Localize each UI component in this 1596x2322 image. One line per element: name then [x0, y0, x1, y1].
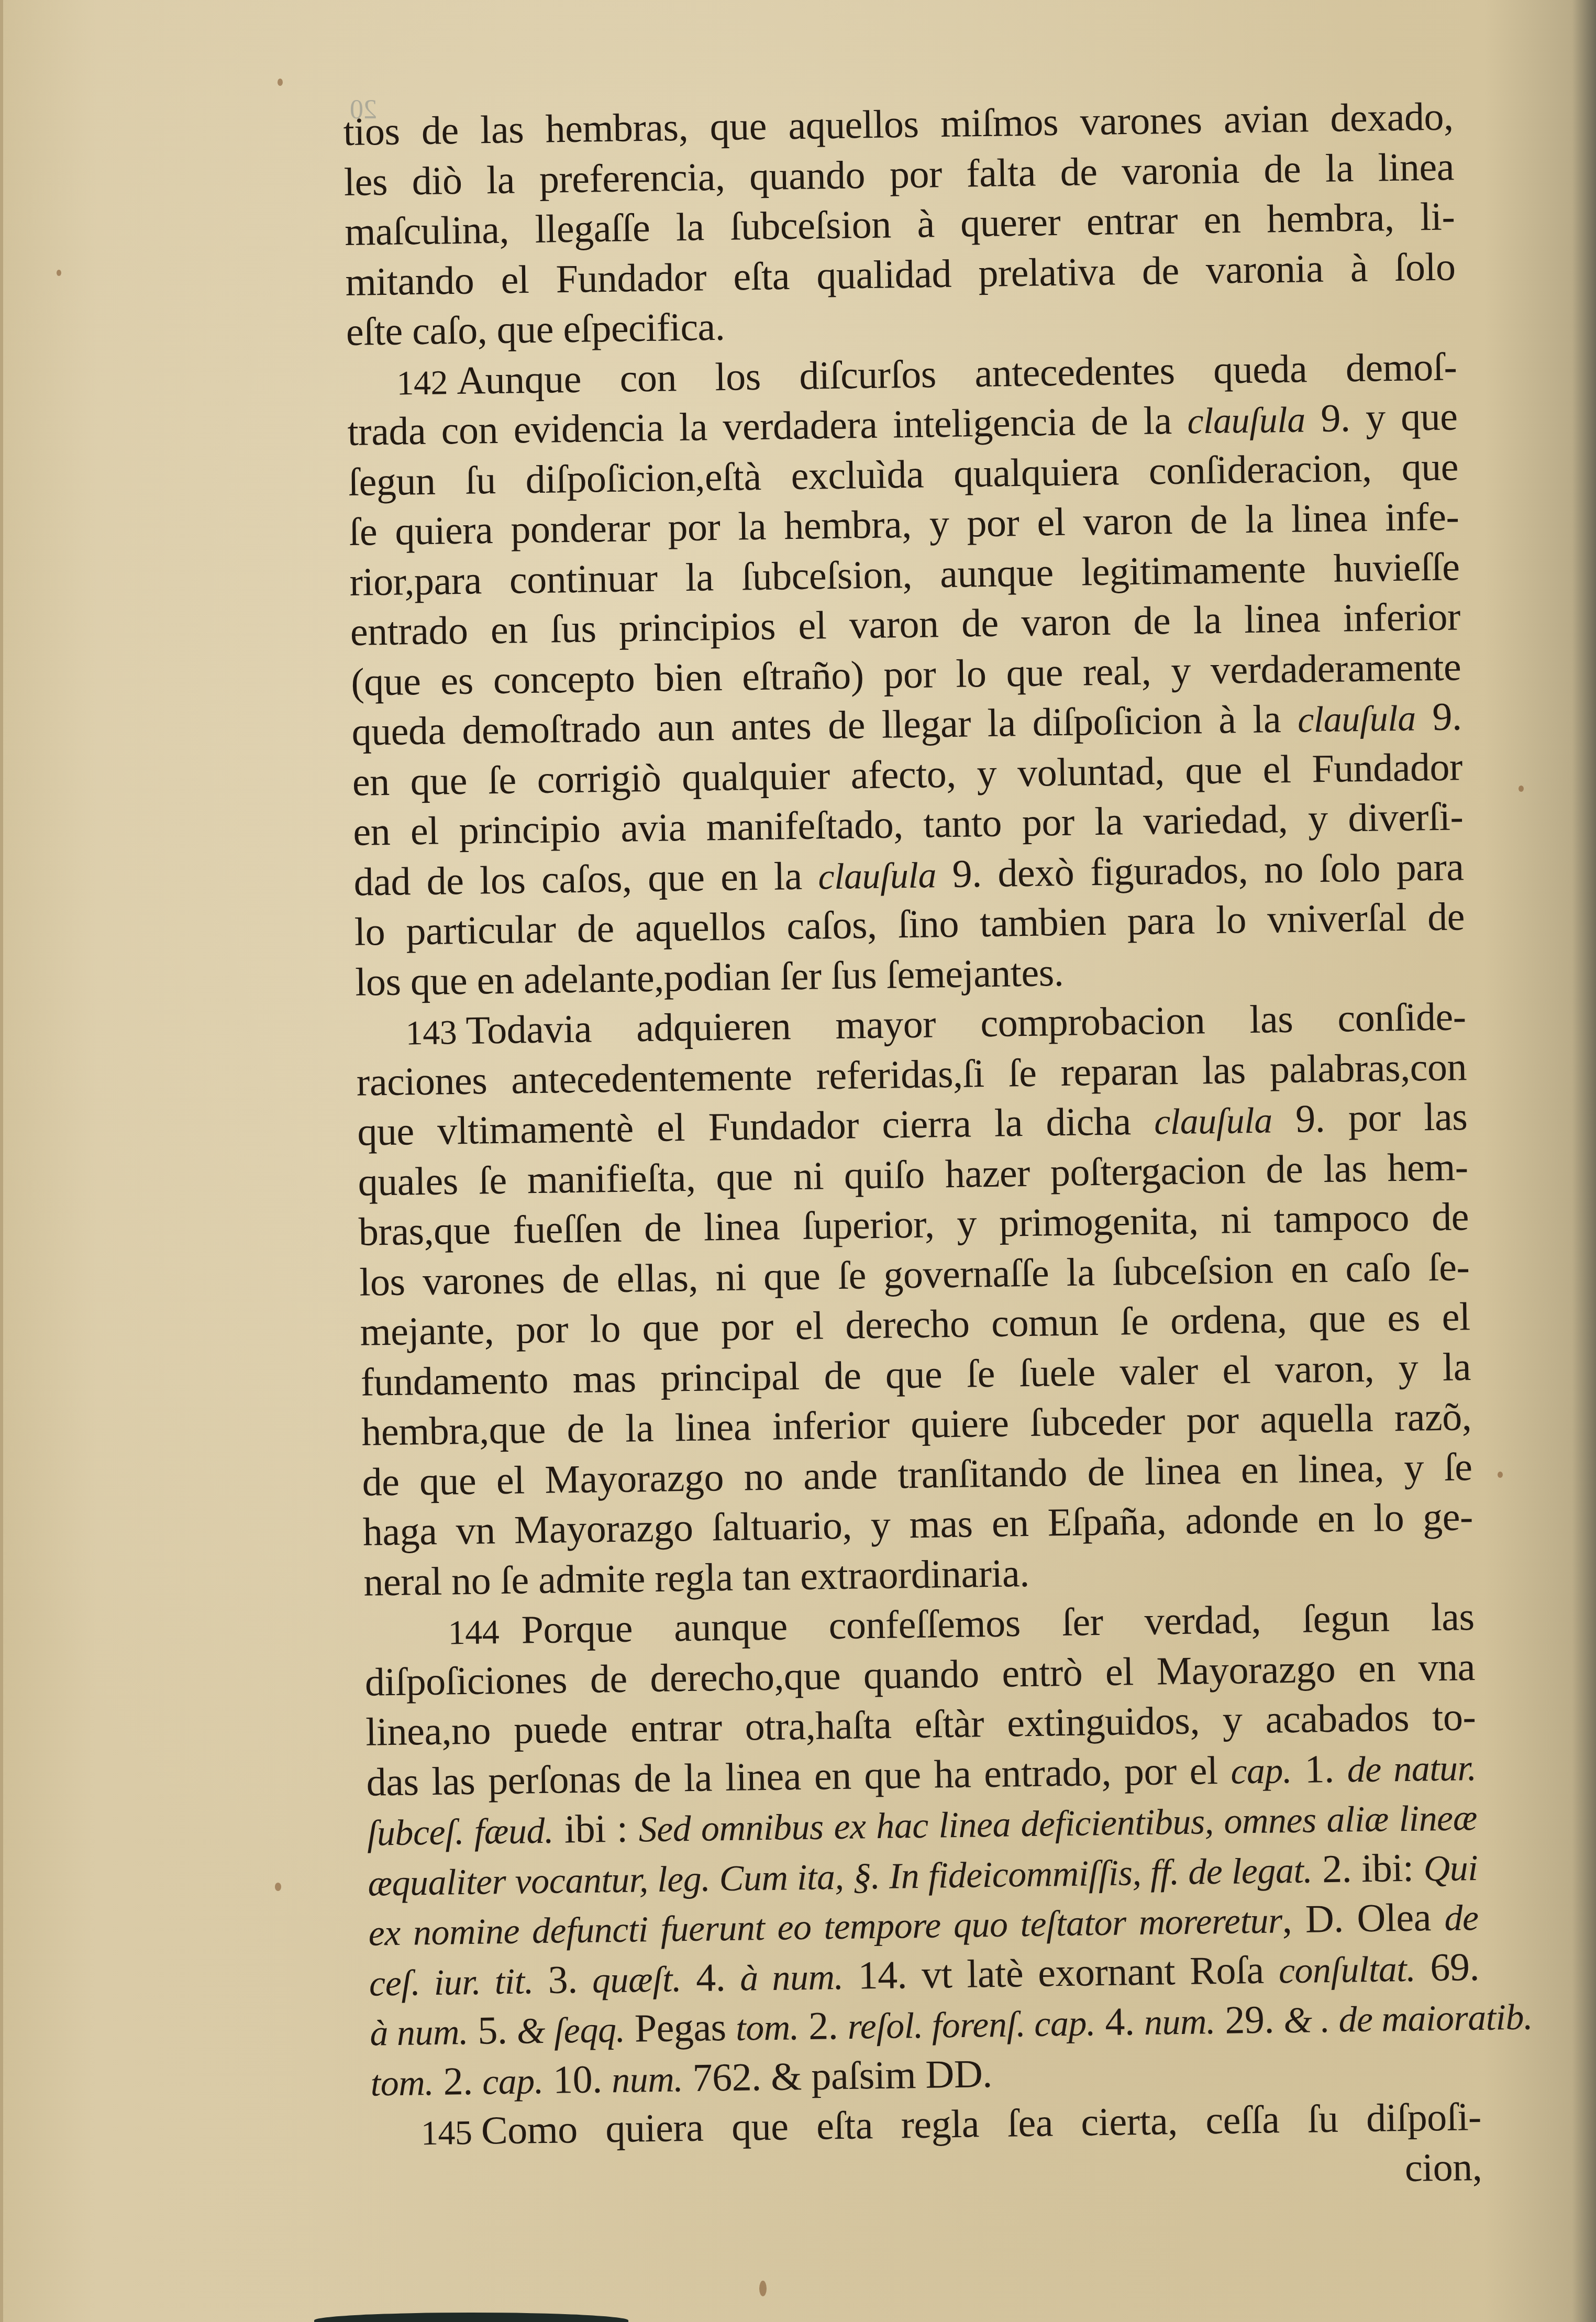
paragraph-143: 143Todavia adquieren mayor comprobacion …: [356, 992, 1474, 1607]
text-segment: 4.: [1105, 1999, 1135, 2044]
text-segment: 4.: [696, 1955, 726, 2000]
citation-abbrev: & ſeqq.: [516, 2010, 625, 2052]
text-segment: das las perſonas de la linea en que ha e…: [366, 1748, 1218, 1804]
text-segment: 2.: [808, 2004, 838, 2048]
citation-abbrev: reſol. forenſ. cap.: [847, 2003, 1095, 2047]
citation-abbrev: ſubceſ. fæud.: [367, 1811, 553, 1854]
citation-abbrev: à num.: [370, 2012, 469, 2054]
text-segment: ibi :: [564, 1807, 628, 1852]
text-segment: Pegas: [634, 2005, 726, 2050]
text-segment: 10.: [553, 2057, 603, 2102]
citation-abbrev: num.: [612, 2059, 683, 2100]
text-segment: 9.: [1432, 694, 1462, 739]
text-segment: que vltimamentè el Fundador cierra la di…: [357, 1099, 1131, 1154]
ink-speck: [57, 270, 61, 276]
citation-abbrev: quæſt.: [592, 1959, 681, 2000]
text-segment: trada con evidencia la verdadera intelig…: [347, 399, 1172, 454]
paragraph-number: 144: [364, 1607, 522, 1660]
text-segment: 2.: [443, 2059, 473, 2103]
paragraph-continuation: tios de las hembras, que aquellos miſmos…: [343, 92, 1456, 357]
text-segment: 14. vt latè exornant Roſa: [858, 1948, 1264, 1997]
citation-abbrev: à num.: [740, 1957, 844, 1999]
citation-abbrev: ceſ. iur. tit.: [369, 1961, 534, 2004]
text-segment: 9. por las: [1295, 1094, 1468, 1141]
italic-term: clauſula: [1298, 699, 1416, 740]
latin-quote: Qui: [1423, 1848, 1478, 1889]
scanned-page: 20 tios de las hembras, que aquellos miſ…: [0, 0, 1596, 2322]
text-line: Porque aunque confeſſemos ſer verdad, ſe…: [521, 1595, 1475, 1652]
paragraph-number: 145: [371, 2108, 481, 2159]
ink-speck: [759, 2281, 767, 2296]
citation-abbrev: tom.: [370, 2062, 434, 2104]
text-segment: 762. & paſsim DD.: [692, 2052, 992, 2100]
text-segment: dad de los caſos, que en la: [353, 854, 802, 904]
paragraph-number: 142: [347, 358, 457, 409]
ink-speck: [278, 79, 283, 86]
citation-abbrev: cap.: [482, 2061, 544, 2103]
paragraph-number: 143: [356, 1008, 466, 1059]
italic-term: clauſula: [1187, 400, 1305, 441]
citation-abbrev: de natur.: [1347, 1748, 1477, 1790]
ink-speck: [1498, 1472, 1503, 1478]
text-segment: queda demoſtrado aun antes de llegar la …: [351, 697, 1281, 754]
citation-abbrev: num.: [1144, 2002, 1215, 2043]
text-segment: 1.: [1304, 1746, 1334, 1791]
body-text: tios de las hembras, que aquellos miſmos…: [343, 92, 1482, 2207]
citation-abbrev: cap.: [1231, 1751, 1292, 1792]
ink-speck: [275, 1883, 281, 1891]
page-edge: [0, 0, 3, 2322]
paragraph-144: 144Porque aunque confeſſemos ſer verdad,…: [364, 1592, 1481, 2108]
italic-term: clauſula: [818, 855, 936, 897]
latin-quote: Sed omnibus ex hac linea deficientibus, …: [638, 1798, 1477, 1850]
latin-quote: ex nomine defuncti fuerunt eo tempore qu…: [368, 1900, 1282, 1953]
text-segment: 9. y que: [1321, 394, 1458, 440]
paragraph-145: 145Como quiera que eſta regla ſea cierta…: [371, 2092, 1482, 2208]
text-segment: 3.: [548, 1958, 578, 2002]
text-segment: 9. dexò figurados, no ſolo para: [952, 845, 1464, 896]
text-segment: 69.: [1430, 1945, 1480, 1989]
citation-abbrev: de: [1444, 1898, 1479, 1939]
scan-shadow: [314, 2313, 628, 2322]
italic-term: clauſula: [1154, 1100, 1272, 1142]
text-segment: 29.: [1225, 1998, 1274, 2042]
latin-quote: æqualiter vocantur, leg. Cum ita, §. In …: [368, 1850, 1313, 1904]
citation-abbrev: tom.: [736, 2007, 800, 2049]
ink-speck: [1519, 786, 1524, 792]
text-segment: 5.: [478, 2008, 507, 2053]
paragraph-142: 142Aunque con los diſcurſos antecedentes…: [347, 342, 1466, 1008]
citation-abbrev: & . de maioratib.: [1283, 1997, 1533, 2041]
text-segment: 2. ibi:: [1322, 1845, 1414, 1890]
citation-abbrev: conſultat.: [1278, 1949, 1415, 1991]
text-segment: , D. Olea: [1282, 1895, 1431, 1941]
